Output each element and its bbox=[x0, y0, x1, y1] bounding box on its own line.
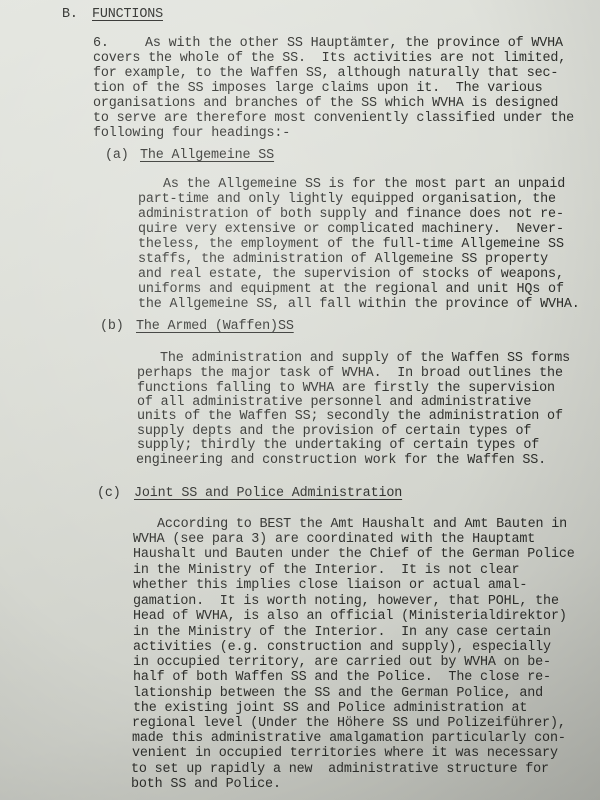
text-line: half of both Waffen SS and the Police. T… bbox=[133, 670, 551, 685]
text-line: quire very extensive or complicated mach… bbox=[138, 222, 564, 237]
heading-a-label: (a) bbox=[105, 148, 129, 163]
text-line: made this administrative amalgamation pa… bbox=[132, 731, 566, 746]
text-line: uniforms and equipment at the regional a… bbox=[138, 282, 564, 297]
text-line: in the Ministry of the Interior. In any … bbox=[133, 625, 551, 640]
text-line: whether this implies close liaison or ac… bbox=[133, 578, 527, 593]
text-line: covers the whole of the SS. Its activiti… bbox=[93, 51, 566, 66]
paragraph-number: 6. bbox=[93, 36, 109, 51]
text-line: Head of WVHA, is also an official (Minis… bbox=[133, 609, 567, 624]
text-line: gamation. It is worth noting, however, t… bbox=[133, 594, 559, 609]
text-line: the existing joint SS and Police adminis… bbox=[133, 701, 527, 716]
text-line: Haushalt und Bauten under the Chief of t… bbox=[133, 547, 575, 562]
text-line: perhaps the major task of WVHA. In broad… bbox=[137, 366, 563, 381]
text-line: The administration and supply of the Waf… bbox=[160, 351, 570, 366]
text-line: supply depts and the provision of certai… bbox=[137, 424, 531, 439]
text-line: the Allgemeine SS, all fall within the p… bbox=[138, 297, 580, 312]
text-line: staffs, the administration of Allgemeine… bbox=[138, 252, 548, 267]
text-line: activities (e.g. construction and supply… bbox=[133, 640, 551, 655]
text-line: administration of both supply and financ… bbox=[138, 207, 564, 222]
text-line: units of the Waffen SS; secondly the adm… bbox=[137, 409, 563, 424]
heading-b-label: (b) bbox=[100, 319, 124, 334]
text-line: to set up rapidly a new administrative s… bbox=[131, 762, 549, 777]
section-title: FUNCTIONS bbox=[92, 7, 163, 22]
heading-b-title: The Armed (Waffen)SS bbox=[136, 319, 294, 334]
text-line: part-time and only lightly equipped orga… bbox=[138, 192, 556, 207]
text-line: engineering and construction work for th… bbox=[136, 453, 546, 468]
text-line: regional level (Under the Höhere SS und … bbox=[132, 716, 566, 731]
text-line: WVHA (see para 3) are coordinated with t… bbox=[133, 532, 535, 547]
text-line: As with the other SS Hauptämter, the pro… bbox=[145, 36, 563, 51]
heading-a-title: The Allgemeine SS bbox=[140, 148, 274, 163]
text-line: theless, the employment of the full-time… bbox=[138, 237, 564, 252]
text-line: to serve are therefore most conveniently… bbox=[93, 111, 574, 126]
text-line: According to BEST the Amt Haushalt and A… bbox=[157, 517, 567, 532]
text-line: both SS and Police. bbox=[131, 777, 281, 792]
section-letter: B. bbox=[62, 7, 78, 22]
text-line: of all administrative personnel and admi… bbox=[137, 395, 531, 410]
text-line: supply; thirdly the undertaking of certa… bbox=[137, 438, 539, 453]
text-line: tion of the SS imposes large claims upon… bbox=[93, 81, 543, 96]
document-page: B. FUNCTIONS 6. As with the other SS Hau… bbox=[0, 0, 600, 800]
text-line: organisations and branches of the SS whi… bbox=[93, 96, 558, 111]
text-line: lationship between the SS and the German… bbox=[133, 686, 543, 701]
text-line: in the Ministry of the Interior. It is n… bbox=[133, 563, 519, 578]
heading-c-label: (c) bbox=[97, 486, 121, 501]
text-line: in occupied territory, are carried out b… bbox=[133, 655, 551, 670]
text-line: for example, to the Waffen SS, although … bbox=[93, 66, 558, 81]
text-line: and real estate, the supervision of stoc… bbox=[138, 267, 564, 282]
text-line: functions falling to WVHA are firstly th… bbox=[137, 381, 555, 396]
heading-c-title: Joint SS and Police Administration bbox=[134, 486, 402, 501]
text-line: following four headings:- bbox=[93, 126, 290, 141]
text-line: As the Allgemeine SS is for the most par… bbox=[163, 177, 565, 192]
text-line: venient in occupied territories where it… bbox=[132, 746, 558, 761]
